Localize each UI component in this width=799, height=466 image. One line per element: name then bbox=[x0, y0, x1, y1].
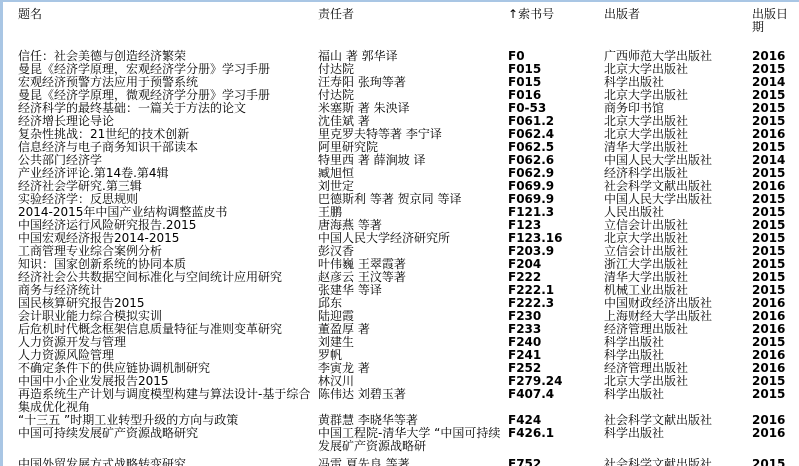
column-header-callnumber[interactable]: ↑索书号 bbox=[508, 2, 604, 50]
table-row: 中国可持续发展矿产资源战略研究 中国工程院-清华大学 “中国可持续发展矿产资源战… bbox=[3, 427, 799, 453]
book-author: 巴德斯利 等著 贺京同 等译 bbox=[318, 193, 508, 206]
table-row: 人力资源开发与管理 刘建生 F240 科学出版社 2015 bbox=[3, 336, 799, 349]
book-author: 中国工程院-清华大学 “中国可持续发展矿产资源战略研 bbox=[318, 427, 508, 453]
book-title[interactable]: 中国可持续发展矿产资源战略研究 bbox=[3, 427, 318, 453]
book-publisher: 科学出版社 bbox=[604, 427, 752, 453]
column-header-pubdate[interactable]: 出版日期 bbox=[752, 2, 799, 50]
book-pub-date: 2016 bbox=[752, 427, 799, 453]
book-author: 陈伟达 刘碧玉著 bbox=[318, 388, 508, 414]
table-row: 再造系统生产计划与调度模型构建与算法设计-基于综合集成优化视角 陈伟达 刘碧玉著… bbox=[3, 388, 799, 414]
column-header-title[interactable]: 题名 bbox=[3, 2, 318, 50]
header-row: 题名 责任者 ↑索书号 出版者 出版日期 bbox=[3, 2, 799, 50]
book-publisher: 社会科学文献出版社 bbox=[604, 453, 752, 466]
sort-ascending-icon: ↑ bbox=[508, 7, 518, 21]
book-pub-date: 2015 bbox=[752, 453, 799, 466]
results-table: 题名 责任者 ↑索书号 出版者 出版日期 信任：社会美德与创造经济繁荣 福山 著… bbox=[3, 2, 799, 466]
table-row: 中国外贸发展方式战略转变研究 冯雷 夏先良 等著 F752 社会科学文献出版社 … bbox=[3, 453, 799, 466]
column-header-callnumber-label: 索书号 bbox=[518, 7, 554, 21]
book-publisher: 科学出版社 bbox=[604, 388, 752, 414]
book-call-number: F426.1 bbox=[508, 427, 604, 453]
column-header-publisher[interactable]: 出版者 bbox=[604, 2, 752, 50]
catalog-results-page: 题名 责任者 ↑索书号 出版者 出版日期 信任：社会美德与创造经济繁荣 福山 著… bbox=[0, 0, 799, 466]
column-header-author[interactable]: 责任者 bbox=[318, 2, 508, 50]
book-author: 张建华 等译 bbox=[318, 284, 508, 297]
book-pub-date: 2015 bbox=[752, 388, 799, 414]
book-author: 刘建生 bbox=[318, 336, 508, 349]
book-author: 冯雷 夏先良 等著 bbox=[318, 453, 508, 466]
book-title[interactable]: 再造系统生产计划与调度模型构建与算法设计-基于综合集成优化视角 bbox=[3, 388, 318, 414]
book-title[interactable]: 中国外贸发展方式战略转变研究 bbox=[3, 453, 318, 466]
book-call-number: F752 bbox=[508, 453, 604, 466]
book-call-number: F407.4 bbox=[508, 388, 604, 414]
